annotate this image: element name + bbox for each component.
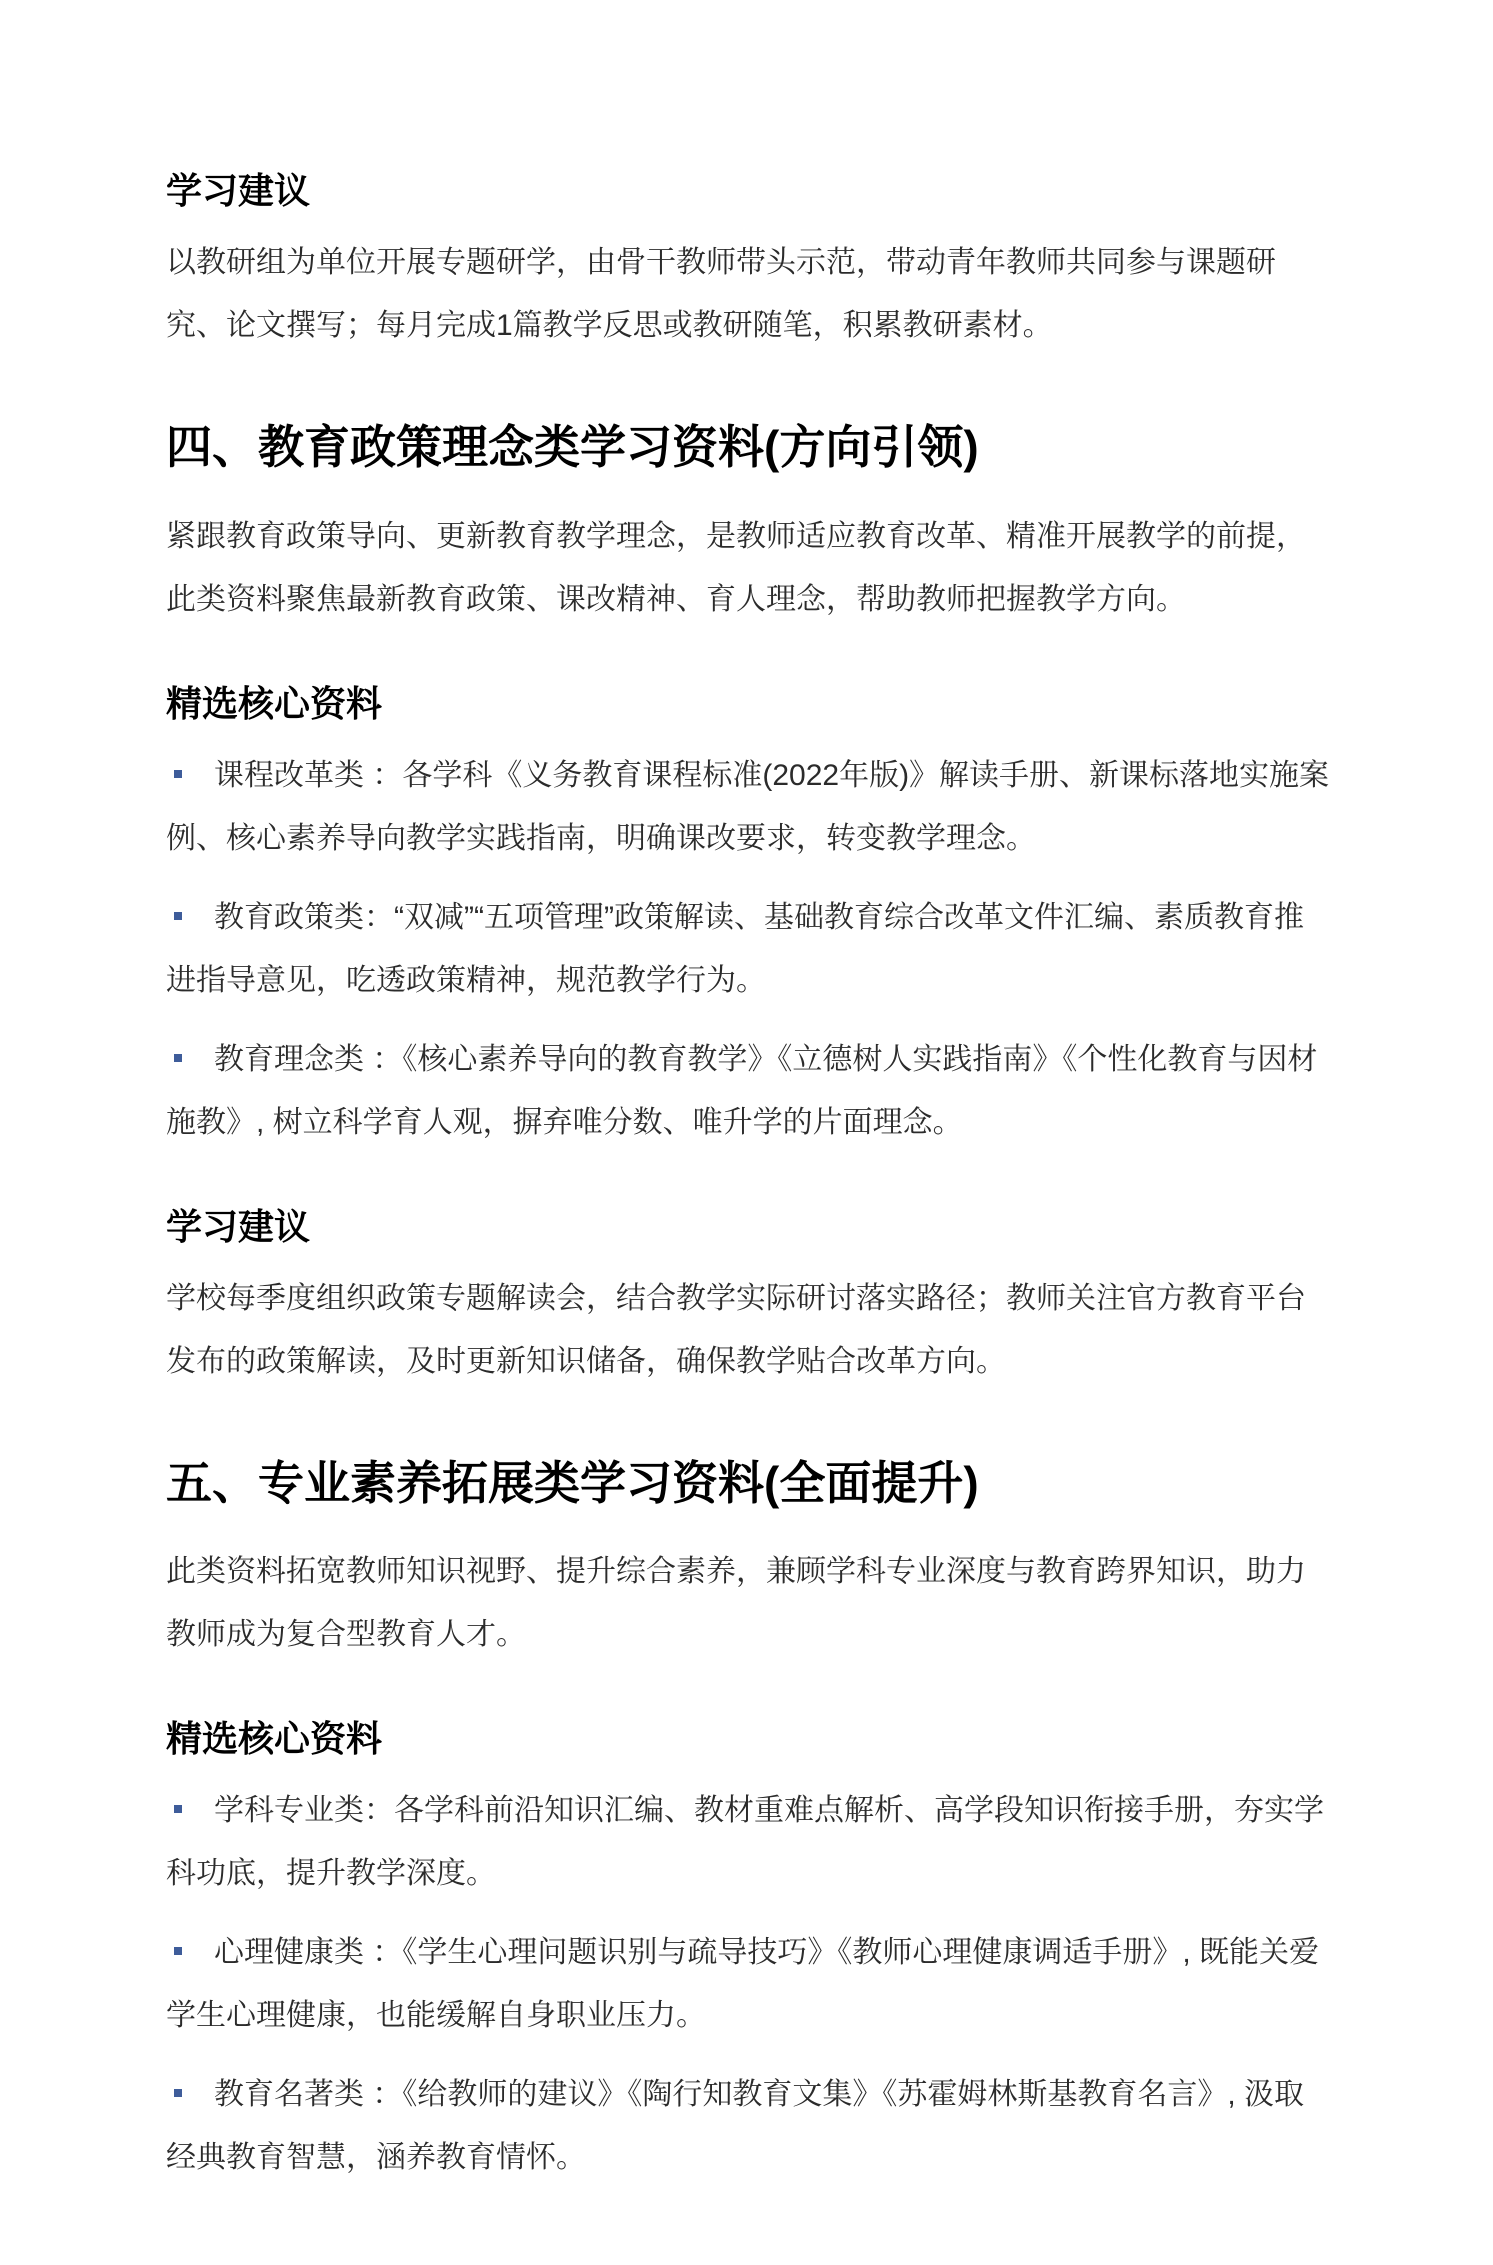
bullet-icon	[174, 1805, 182, 1813]
paragraph-chapter-4-intro: 紧跟教育政策导向、更新教育教学理念，是教师适应教育改革、精准开展教学的前提，此类…	[166, 505, 1331, 631]
bullet-icon	[174, 1054, 182, 1062]
list-item-education-classics: 教育名著类 ：《给教师的建议》《陶行知教育文集》《苏霍姆林斯基教育名言》, 汲取…	[166, 2063, 1331, 2189]
paragraph-chapter-5-intro: 此类资料拓宽教师知识视野、提升综合素养，兼顾学科专业深度与教育跨界知识，助力教师…	[166, 1540, 1331, 1666]
list-item-text: 教育理念类 ：《核心素养导向的教育教学》《立德树人实践指南》《个性化教育与因材施…	[166, 1043, 1317, 1139]
bullet-icon	[174, 2089, 182, 2097]
section-heading-core-materials-2: 精选核心资料	[166, 1716, 1331, 1761]
list-item-education-policy: 教育政策类：“双减”“五项管理”政策解读、基础教育综合改革文件汇编、素质教育推进…	[166, 886, 1331, 1012]
bullet-icon	[174, 1947, 182, 1955]
chapter-heading-5: 五、专业素养拓展类学习资料(全面提升)	[166, 1455, 1331, 1513]
section-heading-study-advice-1: 学习建议	[166, 168, 1331, 213]
paragraph-study-advice-1: 以教研组为单位开展专题研学，由骨干教师带头示范，带动青年教师共同参与课题研究、论…	[166, 231, 1331, 357]
list-item-text: 教育名著类 ：《给教师的建议》《陶行知教育文集》《苏霍姆林斯基教育名言》, 汲取…	[166, 2078, 1304, 2174]
list-item-text: 心理健康类 ：《学生心理问题识别与疏导技巧》《教师心理健康调适手册》, 既能关爱…	[166, 1936, 1319, 2032]
bullet-icon	[174, 912, 182, 920]
list-item-curriculum-reform: 课程改革类 ：各学科《义务教育课程标准(2022年版)》解读手册、新课标落地实施…	[166, 744, 1331, 870]
list-item-text: 教育政策类：“双减”“五项管理”政策解读、基础教育综合改革文件汇编、素质教育推进…	[166, 901, 1304, 997]
document-page: 学习建议 以教研组为单位开展专题研学，由骨干教师带头示范，带动青年教师共同参与课…	[0, 0, 1493, 2265]
chapter-heading-4: 四、教育政策理念类学习资料(方向引领)	[166, 419, 1331, 477]
paragraph-study-advice-2: 学校每季度组织政策专题解读会，结合教学实际研讨落实路径；教师关注官方教育平台发布…	[166, 1267, 1331, 1393]
list-item-education-concept: 教育理念类 ：《核心素养导向的教育教学》《立德树人实践指南》《个性化教育与因材施…	[166, 1028, 1331, 1154]
bullet-icon	[174, 770, 182, 778]
list-item-text: 学科专业类：各学科前沿知识汇编、教材重难点解析、高学段知识衔接手册，夯实学科功底…	[166, 1794, 1324, 1890]
section-heading-study-advice-2: 学习建议	[166, 1204, 1331, 1249]
section-heading-core-materials-1: 精选核心资料	[166, 681, 1331, 726]
list-item-subject-professional: 学科专业类：各学科前沿知识汇编、教材重难点解析、高学段知识衔接手册，夯实学科功底…	[166, 1779, 1331, 1905]
list-item-mental-health: 心理健康类 ：《学生心理问题识别与疏导技巧》《教师心理健康调适手册》, 既能关爱…	[166, 1921, 1331, 2047]
list-item-text: 课程改革类 ：各学科《义务教育课程标准(2022年版)》解读手册、新课标落地实施…	[166, 759, 1329, 855]
